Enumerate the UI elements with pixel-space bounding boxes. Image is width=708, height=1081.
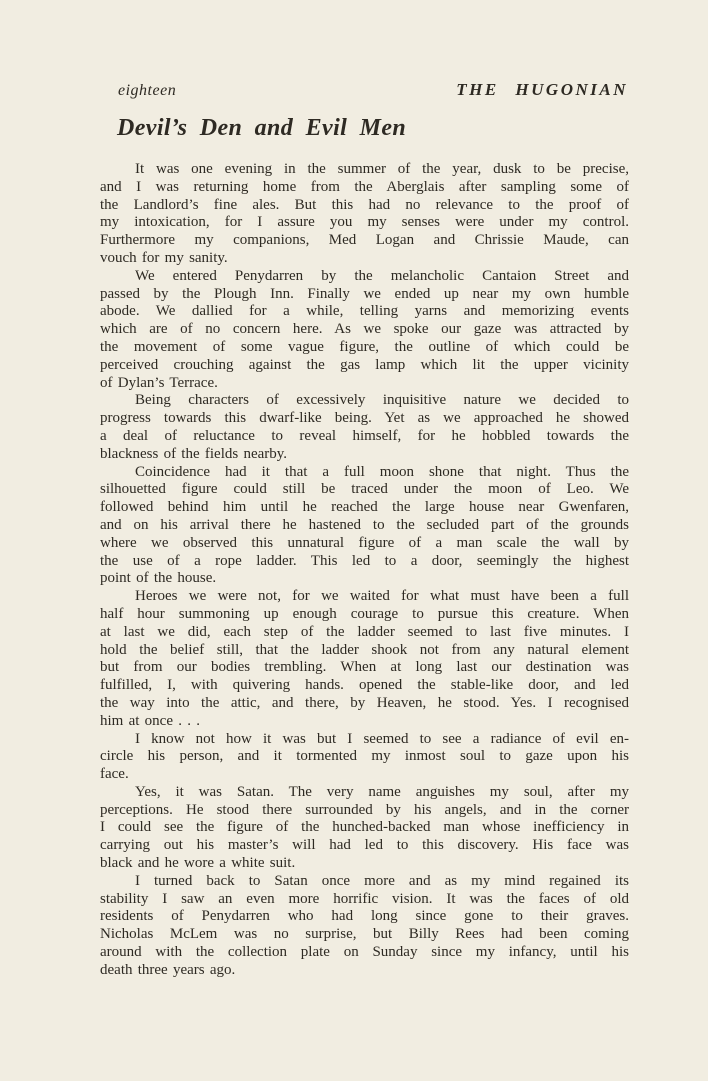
text-line: passed by the Plough Inn. Finally we end…	[100, 286, 629, 304]
text-line: perceived crouching against the gas lamp…	[100, 357, 629, 375]
text-line: point of the house.	[100, 570, 629, 588]
article-body: It was one evening in the summer of the …	[100, 161, 629, 980]
text-line: of Dylan’s Terrace.	[100, 375, 629, 393]
text-line: Yes, it was Satan. The very name anguish…	[100, 784, 629, 802]
text-line: fulfilled, I, with quivering hands. open…	[100, 677, 629, 695]
article-title: Devil’s Den and Evil Men	[117, 115, 406, 142]
text-line: face.	[100, 766, 629, 784]
text-line: residents of Penydarren who had long sin…	[100, 908, 629, 926]
text-line: progress towards this dwarf-like being. …	[100, 410, 629, 428]
text-line: I turned back to Satan once more and as …	[100, 873, 629, 891]
page-header: eighteen THE HUGONIAN	[118, 80, 628, 100]
text-line: half hour summoning up enough courage to…	[100, 606, 629, 624]
page-number-label: eighteen	[118, 82, 176, 100]
text-line: abode. We dallied for a while, telling y…	[100, 303, 629, 321]
text-line: but from our bodies trembling. When at l…	[100, 659, 629, 677]
text-line: my intoxication, for I assure you my sen…	[100, 214, 629, 232]
text-line: the way into the attic, and there, by He…	[100, 695, 629, 713]
text-line: carrying out his master’s will had led t…	[100, 837, 629, 855]
text-line: hold the belief still, that the ladder s…	[100, 642, 629, 660]
text-line: stability I saw an even more horrific vi…	[100, 891, 629, 909]
text-line: the Landlord’s fine ales. But this had n…	[100, 197, 629, 215]
text-line: circle his person, and it tormented my i…	[100, 748, 629, 766]
scanned-page: eighteen THE HUGONIAN Devil’s Den and Ev…	[0, 0, 708, 1081]
text-line: I could see the figure of the hunched-ba…	[100, 819, 629, 837]
publication-title: THE HUGONIAN	[456, 80, 628, 100]
text-line: the use of a rope ladder. This led to a …	[100, 553, 629, 571]
text-line: Nicholas McLem was no surprise, but Bill…	[100, 926, 629, 944]
text-line: around with the collection plate on Sund…	[100, 944, 629, 962]
text-line: a deal of reluctance to reveal himself, …	[100, 428, 629, 446]
text-line: where we observed this unnatural figure …	[100, 535, 629, 553]
text-line: him at once . . .	[100, 713, 629, 731]
text-line: at last we did, each step of the ladder …	[100, 624, 629, 642]
text-line: silhouetted figure could still be traced…	[100, 481, 629, 499]
text-line: and I was returning home from the Abergl…	[100, 179, 629, 197]
text-line: blackness of the fields nearby.	[100, 446, 629, 464]
text-line: Coincidence had it that a full moon shon…	[100, 464, 629, 482]
text-line: vouch for my sanity.	[100, 250, 629, 268]
text-line: followed behind him until he reached the…	[100, 499, 629, 517]
text-line: Heroes we were not, for we waited for wh…	[100, 588, 629, 606]
text-line: the movement of some vague figure, the o…	[100, 339, 629, 357]
text-line: Furthermore my companions, Med Logan and…	[100, 232, 629, 250]
text-line: Being characters of excessively inquisit…	[100, 392, 629, 410]
text-line: I know not how it was but I seemed to se…	[100, 731, 629, 749]
text-line: perceptions. He stood there surrounded b…	[100, 802, 629, 820]
text-line: and on his arrival there he hastened to …	[100, 517, 629, 535]
text-line: which are of no concern here. As we spok…	[100, 321, 629, 339]
text-line: We entered Penydarren by the melancholic…	[100, 268, 629, 286]
text-line: death three years ago.	[100, 962, 629, 980]
text-line: black and he wore a white suit.	[100, 855, 629, 873]
text-line: It was one evening in the summer of the …	[100, 161, 629, 179]
